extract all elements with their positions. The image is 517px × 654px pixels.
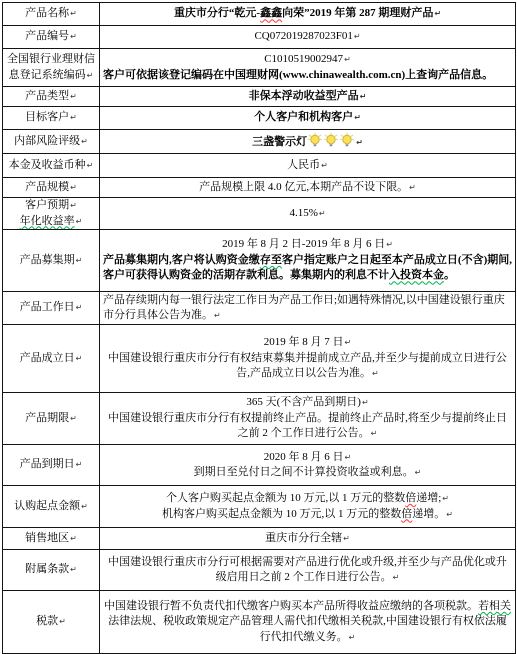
value-line: 中国建设银行重庆市分行有权提前终止产品。提前终止产品时,将至少与提前终止日之前 … xyxy=(103,411,512,442)
value-line: 365 天(不含产品到期日)↵ xyxy=(103,395,512,411)
paragraph-mark: ↵ xyxy=(434,9,441,18)
text-run: 人民币 xyxy=(287,159,320,171)
row-value-product-name: 重庆市分行“乾元-鑫鑫向荣”2019 年第 287 期理财产品↵ xyxy=(100,3,516,26)
label-line: 产品工作日↵ xyxy=(5,300,97,316)
paragraph-mark: ↵ xyxy=(343,534,350,543)
paragraph-mark: ↵ xyxy=(409,183,416,192)
value-line: 2019 年 8 月 7 日↵ xyxy=(103,335,512,351)
text-run: 2020 年 8 月 6 日 xyxy=(264,451,344,463)
text-run: 三盏警示灯 xyxy=(252,136,307,148)
text-run: 客户预期 xyxy=(25,199,69,211)
text-run: 中国建设银行重庆市分行有权提前终止产品。提前终止产品时,将至少与提前终止日之前 … xyxy=(108,412,507,440)
table-row-product-scale: 产品规模↵产品规模上限 4.0 亿元,本期产品不设下限。↵ xyxy=(3,178,516,198)
value-line: 机构客户购买起点金额为 10 万元,以 1 万元的整数倍递增。↵ xyxy=(103,507,512,523)
text-run: 递增。 xyxy=(412,508,445,520)
paragraph-mark: ↵ xyxy=(354,32,361,41)
text-run: 重庆市分行“乾元- xyxy=(174,7,260,19)
row-value-target-customers: 个人客户和机构客户↵ xyxy=(100,107,516,130)
label-line: 销售地区↵ xyxy=(5,531,97,547)
paragraph-mark: ↵ xyxy=(446,510,453,519)
paragraph-mark: ↵ xyxy=(214,311,221,320)
label-line: 年化收益率↵ xyxy=(5,214,97,230)
value-line: 非保本浮动收益型产品↵ xyxy=(103,89,512,105)
text-run: 中国建设银行重庆市分行有权结束募集并提前成立产品,并至少与提前成立日进行公告,产… xyxy=(108,352,507,380)
label-line: 税款↵ xyxy=(5,614,97,630)
product-info-table: 产品名称↵重庆市分行“乾元-鑫鑫向荣”2019 年第 287 期理财产品↵产品编… xyxy=(2,2,516,654)
table-row-supplementary-terms: 附属条款↵中国建设银行重庆市分行可根据需要对产品进行优化或升级,并至少与产品优化… xyxy=(3,550,516,591)
row-label-product-maturity-date: 产品到期日↵ xyxy=(3,445,100,486)
value-line: 产品存续期内每一银行法定工作日为产品工作日;如遇特殊情况,以中国建设银行重庆市分… xyxy=(103,293,512,324)
spellcheck-green-text: 存至 xyxy=(260,254,282,266)
text-run: 产品规模 xyxy=(25,181,69,193)
paragraph-mark: ↵ xyxy=(345,453,352,462)
value-line: 人民币↵ xyxy=(103,158,512,174)
text-run: 递增; xyxy=(416,492,441,504)
table-row-fundraising-period: 产品募集期↵2019 年 8 月 2 日-2019 年 8 月 6 日↵产品募集… xyxy=(3,230,516,292)
value-line: C1010519002947↵ xyxy=(103,52,512,68)
row-value-fundraising-period: 2019 年 8 月 2 日-2019 年 8 月 6 日↵产品募集期内,客户将… xyxy=(100,230,516,292)
text-run: 全国银行业理财信 xyxy=(7,53,95,65)
table-row-product-maturity-date: 产品到期日↵2020 年 8 月 6 日↵到期日至兑付日之间不计算投资收益或利息… xyxy=(3,445,516,486)
text-run: 向荣”2019 年第 287 期理财产品 xyxy=(282,7,433,19)
paragraph-mark: ↵ xyxy=(360,92,367,101)
text-run: 产品到期日 xyxy=(20,458,75,470)
row-value-product-term: 365 天(不含产品到期日)↵中国建设银行重庆市分行有权提前终止产品。提前终止产… xyxy=(100,393,516,445)
row-label-internal-risk-rating: 内部风险评级↵ xyxy=(3,130,100,154)
value-line: 4.15%↵ xyxy=(103,206,512,222)
text-run: 个人客户购买起点金额为 10 万元,以 1 万元的整数 xyxy=(166,492,405,504)
table-row-taxes: 税款↵中国建设银行暂不负责代扣代缴客户购买本产品所得收益应缴纳的各项税款。若相关… xyxy=(3,591,516,654)
row-value-principal-and-yield-currency: 人民币↵ xyxy=(100,154,516,178)
row-label-product-name: 产品名称↵ xyxy=(3,3,100,26)
row-value-registration-code: C1010519002947↵客户可依据该登记编码在中国理财网(www.chin… xyxy=(100,49,516,87)
row-value-sales-region: 重庆市分行全辖↵ xyxy=(100,528,516,550)
text-run: 客户可依据该登记编码在中国理财网(www.chinawealth.com.cn)… xyxy=(103,69,493,81)
text-run: 中国建设银行暂不负责代扣代缴客户购买本产品所得收益应缴纳的各项税款。 xyxy=(104,600,478,612)
paragraph-mark: ↵ xyxy=(442,494,449,503)
row-label-product-establishment-date: 产品成立日↵ xyxy=(3,325,100,393)
paragraph-mark: ↵ xyxy=(371,429,378,438)
label-line: 产品成立日↵ xyxy=(5,351,97,367)
text-run: 法律法规、税收政策规定产品管理人需代扣代缴相关税款,中国建设银行有权依法履行代扣… xyxy=(108,615,507,643)
table-row-product-term: 产品期限↵365 天(不含产品到期日)↵中国建设银行重庆市分行有权提前终止产品。… xyxy=(3,393,516,445)
label-line: 产品类型↵ xyxy=(5,89,97,105)
table-row-principal-and-yield-currency: 本金及收益币种↵人民币↵ xyxy=(3,154,516,178)
paragraph-mark: ↵ xyxy=(319,209,326,218)
row-value-product-maturity-date: 2020 年 8 月 6 日↵到期日至兑付日之间不计算投资收益或利息。↵ xyxy=(100,445,516,486)
table-row-target-customers: 目标客户↵个人客户和机构客户↵ xyxy=(3,107,516,130)
paragraph-mark: ↵ xyxy=(81,137,88,146)
label-line: 客户预期↵ xyxy=(5,198,97,214)
paragraph-mark: ↵ xyxy=(87,161,94,170)
text-run: 认购起点金额 xyxy=(14,500,80,512)
text-run: 非保本浮动收益型产品 xyxy=(249,90,359,102)
paragraph-mark: ↵ xyxy=(362,398,369,407)
text-run: 产品编号 xyxy=(25,30,69,42)
spellcheck-green-text: 入投资本金 xyxy=(389,269,444,281)
table-row-product-establishment-date: 产品成立日↵2019 年 8 月 7 日↵中国建设银行重庆市分行有权结束募集并提… xyxy=(3,325,516,393)
table-row-product-name: 产品名称↵重庆市分行“乾元-鑫鑫向荣”2019 年第 287 期理财产品↵ xyxy=(3,3,516,26)
paragraph-mark: ↵ xyxy=(393,573,400,582)
paragraph-mark: ↵ xyxy=(76,354,83,363)
label-line: 息登记系统编码↵ xyxy=(5,68,97,84)
paragraph-mark: ↵ xyxy=(354,113,361,122)
paragraph-mark: ↵ xyxy=(76,303,83,312)
warning-light-icon xyxy=(324,133,338,148)
text-run: 产品类型 xyxy=(25,90,69,102)
label-line: 产品募集期↵ xyxy=(5,253,97,269)
paragraph-mark: ↵ xyxy=(345,338,352,347)
text-run: 产品规模上限 4.0 亿元,本期产品不设下限。 xyxy=(199,181,408,193)
paragraph-mark: ↵ xyxy=(76,256,83,265)
text-run: 附属条款 xyxy=(25,563,69,575)
text-run: 产品募集期内,客户将认购资金缴 xyxy=(103,254,260,266)
text-run: 2019 年 8 月 7 日 xyxy=(264,336,344,348)
paragraph-mark: ↵ xyxy=(81,502,88,511)
table-row-product-code: 产品编号↵CQ072019287023F01↵ xyxy=(3,26,516,49)
label-line: 产品编号↵ xyxy=(5,29,97,45)
text-run: C1010519002947 xyxy=(264,53,343,65)
row-label-expected-annualized-yield: 客户预期↵年化收益率↵ xyxy=(3,198,100,230)
value-line: CQ072019287023F01↵ xyxy=(103,29,512,45)
spellcheck-green-text: 年化收益率 xyxy=(20,215,75,227)
row-value-minimum-subscription-amount: 个人客户购买起点金额为 10 万元,以 1 万元的整数倍递增;↵机构客户购买起点… xyxy=(100,486,516,528)
label-line: 产品名称↵ xyxy=(5,6,97,22)
paragraph-mark: ↵ xyxy=(415,468,422,477)
label-line: 全国银行业理财信 xyxy=(5,52,97,68)
paragraph-mark: ↵ xyxy=(70,183,77,192)
row-label-fundraising-period: 产品募集期↵ xyxy=(3,230,100,292)
text-run: 产品成立日 xyxy=(20,352,75,364)
paragraph-mark: ↵ xyxy=(321,161,328,170)
value-line: 中国建设银行暂不负责代扣代缴客户购买本产品所得收益应缴纳的各项税款。若相关法律法… xyxy=(103,599,512,646)
label-line: 附属条款↵ xyxy=(5,562,97,578)
row-label-target-customers: 目标客户↵ xyxy=(3,107,100,130)
label-line: 认购起点金额↵ xyxy=(5,499,97,515)
table-row-registration-code: 全国银行业理财信息登记系统编码↵C1010519002947↵客户可依据该登记编… xyxy=(3,49,516,87)
row-label-sales-region: 销售地区↵ xyxy=(3,528,100,550)
row-label-product-code: 产品编号↵ xyxy=(3,26,100,49)
value-line: 重庆市分行全辖↵ xyxy=(103,531,512,547)
value-line: 2020 年 8 月 6 日↵ xyxy=(103,450,512,466)
row-label-product-term: 产品期限↵ xyxy=(3,393,100,445)
text-run: 税款 xyxy=(36,615,58,627)
value-line: 到期日至兑付日之间不计算投资收益或利息。↵ xyxy=(103,465,512,481)
spellcheck-red-text: 倍 xyxy=(401,508,412,520)
row-value-expected-annualized-yield: 4.15%↵ xyxy=(100,198,516,230)
text-run: 4.15% xyxy=(289,207,317,219)
warning-light-icon xyxy=(340,133,354,148)
text-run: 产品期限 xyxy=(25,412,69,424)
label-line: 产品期限↵ xyxy=(5,411,97,427)
value-line: 个人客户和机构客户↵ xyxy=(103,110,512,126)
value-line: 产品规模上限 4.0 亿元,本期产品不设下限。↵ xyxy=(103,180,512,196)
paragraph-mark: ↵ xyxy=(76,460,83,469)
row-label-product-type: 产品类型↵ xyxy=(3,87,100,107)
value-line: 三盏警示灯↵ xyxy=(103,133,512,151)
paragraph-mark: ↵ xyxy=(70,9,77,18)
value-line: 客户可依据该登记编码在中国理财网(www.chinawealth.com.cn)… xyxy=(103,68,512,84)
value-line: 2019 年 8 月 2 日-2019 年 8 月 6 日↵ xyxy=(103,237,512,253)
table-row-product-business-days: 产品工作日↵产品存续期内每一银行法定工作日为产品工作日;如遇特殊情况,以中国建设… xyxy=(3,292,516,325)
paragraph-mark: ↵ xyxy=(70,113,77,122)
paragraph-mark: ↵ xyxy=(70,201,77,210)
table-row-sales-region: 销售地区↵重庆市分行全辖↵ xyxy=(3,528,516,550)
row-label-product-business-days: 产品工作日↵ xyxy=(3,292,100,325)
row-value-internal-risk-rating: 三盏警示灯↵ xyxy=(100,130,516,154)
table-row-product-type: 产品类型↵非保本浮动收益型产品↵ xyxy=(3,87,516,107)
paragraph-mark: ↵ xyxy=(70,565,77,574)
value-line: 重庆市分行“乾元-鑫鑫向荣”2019 年第 287 期理财产品↵ xyxy=(103,6,512,22)
label-line: 产品到期日↵ xyxy=(5,457,97,473)
text-run: 产品募集期 xyxy=(20,254,75,266)
row-label-registration-code: 全国银行业理财信息登记系统编码↵ xyxy=(3,49,100,87)
text-run: 产品存续期内每一银行法定工作日为产品工作日;如遇特殊情况,以中国建设银行重庆市分… xyxy=(103,294,505,322)
row-value-product-business-days: 产品存续期内每一银行法定工作日为产品工作日;如遇特殊情况,以中国建设银行重庆市分… xyxy=(100,292,516,325)
value-line: 中国建设银行重庆市分行有权结束募集并提前成立产品,并至少与提前成立日进行公告,产… xyxy=(103,351,512,382)
row-label-taxes: 税款↵ xyxy=(3,591,100,654)
row-label-product-scale: 产品规模↵ xyxy=(3,178,100,198)
row-value-product-scale: 产品规模上限 4.0 亿元,本期产品不设下限。↵ xyxy=(100,178,516,198)
paragraph-mark: ↵ xyxy=(76,217,83,226)
row-label-minimum-subscription-amount: 认购起点金额↵ xyxy=(3,486,100,528)
text-run: 内部风险评级 xyxy=(14,135,80,147)
paragraph-mark: ↵ xyxy=(70,92,77,101)
paragraph-mark: ↵ xyxy=(70,32,77,41)
text-run: 本金及收益币种 xyxy=(9,159,86,171)
row-value-product-establishment-date: 2019 年 8 月 7 日↵中国建设银行重庆市分行有权结束募集并提前成立产品,… xyxy=(100,325,516,393)
text-run: 重庆市分行全辖 xyxy=(265,532,342,544)
text-run: 。 xyxy=(444,269,455,281)
row-value-product-type: 非保本浮动收益型产品↵ xyxy=(100,87,516,107)
paragraph-mark: ↵ xyxy=(70,534,77,543)
paragraph-mark: ↵ xyxy=(386,240,393,249)
label-line: 本金及收益币种↵ xyxy=(5,158,97,174)
text-run: 365 天(不含产品到期日) xyxy=(246,396,361,408)
label-line: 产品规模↵ xyxy=(5,180,97,196)
spellcheck-green-text: 若相关 xyxy=(478,600,511,612)
paragraph-mark: ↵ xyxy=(70,414,77,423)
paragraph-mark: ↵ xyxy=(87,71,94,80)
text-run: 2019 年 8 月 2 日-2019 年 8 月 6 日 xyxy=(222,238,385,250)
text-run: 个人客户和机构客户 xyxy=(254,111,353,123)
paragraph-mark: ↵ xyxy=(356,138,363,147)
row-label-supplementary-terms: 附属条款↵ xyxy=(3,550,100,591)
label-line: 目标客户↵ xyxy=(5,110,97,126)
row-value-taxes: 中国建设银行暂不负责代扣代缴客户购买本产品所得收益应缴纳的各项税款。若相关法律法… xyxy=(100,591,516,654)
value-line: 个人客户购买起点金额为 10 万元,以 1 万元的整数倍递增;↵ xyxy=(103,491,512,507)
value-line: 产品募集期内,客户将认购资金缴存至客户指定账户之日起至本产品成立日(不含)期间,… xyxy=(103,253,512,284)
table-row-internal-risk-rating: 内部风险评级↵三盏警示灯↵ xyxy=(3,130,516,154)
paragraph-mark: ↵ xyxy=(59,617,66,626)
text-run: 产品工作日 xyxy=(20,301,75,313)
row-label-principal-and-yield-currency: 本金及收益币种↵ xyxy=(3,154,100,178)
paragraph-mark: ↵ xyxy=(349,633,356,642)
warning-light-icon xyxy=(308,133,322,148)
table-row-expected-annualized-yield: 客户预期↵年化收益率↵4.15%↵ xyxy=(3,198,516,230)
text-run: 息登记系统编码 xyxy=(9,69,86,81)
text-run: 销售地区 xyxy=(25,532,69,544)
text-run: 中国建设银行重庆市分行可根据需要对产品进行优化或升级,并至少与产品优化或升级启用… xyxy=(108,556,507,584)
paragraph-mark: ↵ xyxy=(344,55,351,64)
row-value-product-code: CQ072019287023F01↵ xyxy=(100,26,516,49)
value-line: 中国建设银行重庆市分行可根据需要对产品进行优化或升级,并至少与产品优化或升级启用… xyxy=(103,555,512,586)
text-run: 产品名称 xyxy=(25,7,69,19)
text-run: 机构客户购买起点金额为 10 万元,以 1 万元的整数 xyxy=(162,508,401,520)
label-line: 内部风险评级↵ xyxy=(5,134,97,150)
spellcheck-red-text: 倍 xyxy=(405,492,416,504)
text-run: 目标客户 xyxy=(25,111,69,123)
table-row-minimum-subscription-amount: 认购起点金额↵个人客户购买起点金额为 10 万元,以 1 万元的整数倍递增;↵机… xyxy=(3,486,516,528)
text-run: CQ072019287023F01 xyxy=(254,30,352,42)
document-page: 产品名称↵重庆市分行“乾元-鑫鑫向荣”2019 年第 287 期理财产品↵产品编… xyxy=(0,0,517,654)
spellcheck-red-text: 鑫鑫 xyxy=(260,7,282,19)
text-run: 到期日至兑付日之间不计算投资收益或利息。 xyxy=(194,466,414,478)
row-value-supplementary-terms: 中国建设银行重庆市分行可根据需要对产品进行优化或升级,并至少与产品优化或升级启用… xyxy=(100,550,516,591)
paragraph-mark: ↵ xyxy=(372,369,379,378)
